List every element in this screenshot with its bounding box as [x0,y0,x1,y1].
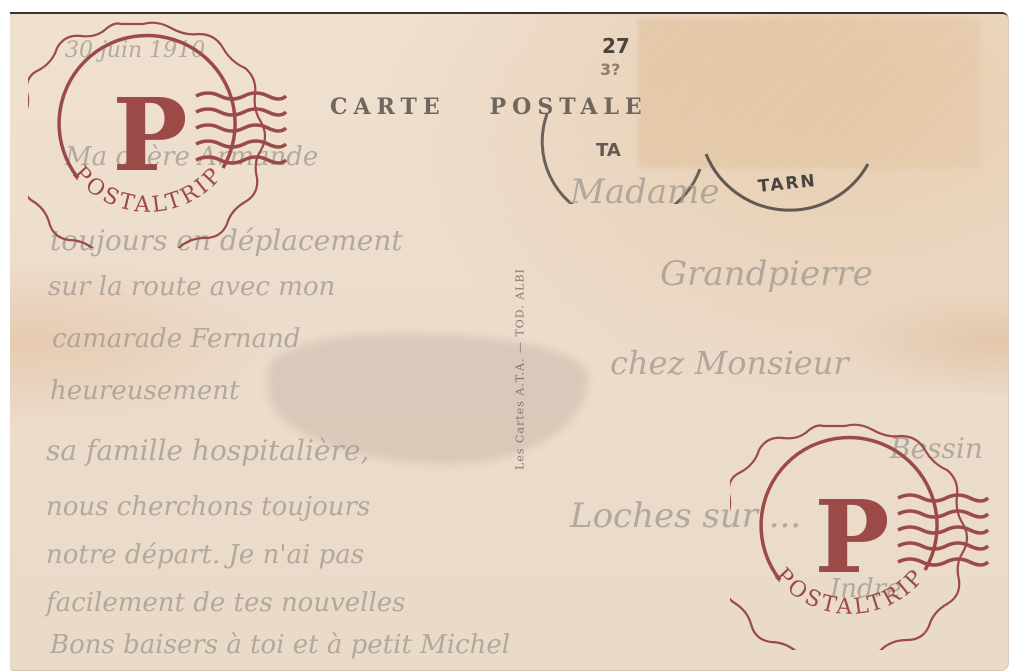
header-word-carte: CARTE [330,94,446,120]
message-line: notre départ. Je n'ai pas [46,540,364,570]
svg-text:P: P [112,76,187,194]
message-line: camarade Fernand [52,324,301,354]
message-line: sur la route avec mon [48,272,335,302]
message-line: Bons baisers à toi et à petit Michel [50,630,510,660]
message-line: facilement de tes nouvelles [46,588,406,618]
address-line: Madame [570,172,719,212]
svg-text:P: P [814,478,889,596]
postaltrip-watermark: P POSTALTRIP [28,18,288,248]
postmark-1-place: TA [596,140,621,161]
message-line: sa famille hospitalière, [46,434,369,467]
address-line: chez Monsieur [610,344,849,382]
message-line: heureusement [50,376,239,406]
postaltrip-watermark: P POSTALTRIP [730,420,990,650]
publisher-line: Les Cartes A.T.A. — TOD. ALBI [514,268,527,470]
postmark-1-day: 27 [602,34,630,58]
message-line: nous cherchons toujours [46,492,370,522]
postmark-1-line2: 3? [600,60,620,79]
address-line: Grandpierre [660,254,873,294]
